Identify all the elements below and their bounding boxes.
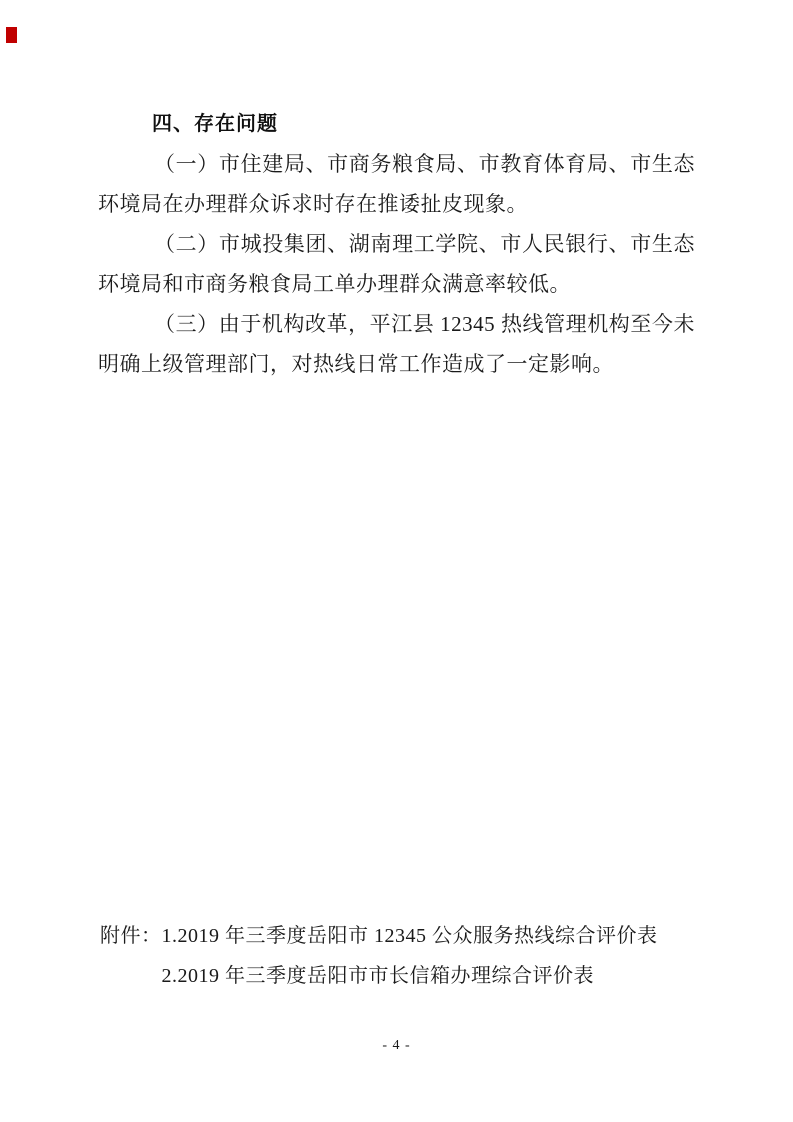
body-paragraph: （一）市住建局、市商务粮食局、市教育体育局、市生态环境局在办理群众诉求时存在推诿… [98,144,695,224]
attachments-block: 附件： 1.2019 年三季度岳阳市 12345 公众服务热线综合评价表 2.2… [100,916,695,996]
document-body: 四、存在问题 （一）市住建局、市商务粮食局、市教育体育局、市生态环境局在办理群众… [98,104,695,384]
attachment-item: 2.2019 年三季度岳阳市市长信箱办理综合评价表 [162,956,696,996]
attachment-item: 1.2019 年三季度岳阳市 12345 公众服务热线综合评价表 [162,916,696,956]
body-paragraph: （二）市城投集团、湖南理工学院、市人民银行、市生态环境局和市商务粮食局工单办理群… [98,224,695,304]
red-mark [6,27,17,43]
attachments-list: 1.2019 年三季度岳阳市 12345 公众服务热线综合评价表 2.2019 … [162,916,696,996]
section-heading: 四、存在问题 [152,104,695,144]
document-page: 四、存在问题 （一）市住建局、市商务粮食局、市教育体育局、市生态环境局在办理群众… [0,0,793,1122]
page-number: - 4 - [0,1036,793,1056]
body-paragraph: （三）由于机构改革，平江县 12345 热线管理机构至今未明确上级管理部门，对热… [98,304,695,384]
attachments-label: 附件： [100,916,162,956]
